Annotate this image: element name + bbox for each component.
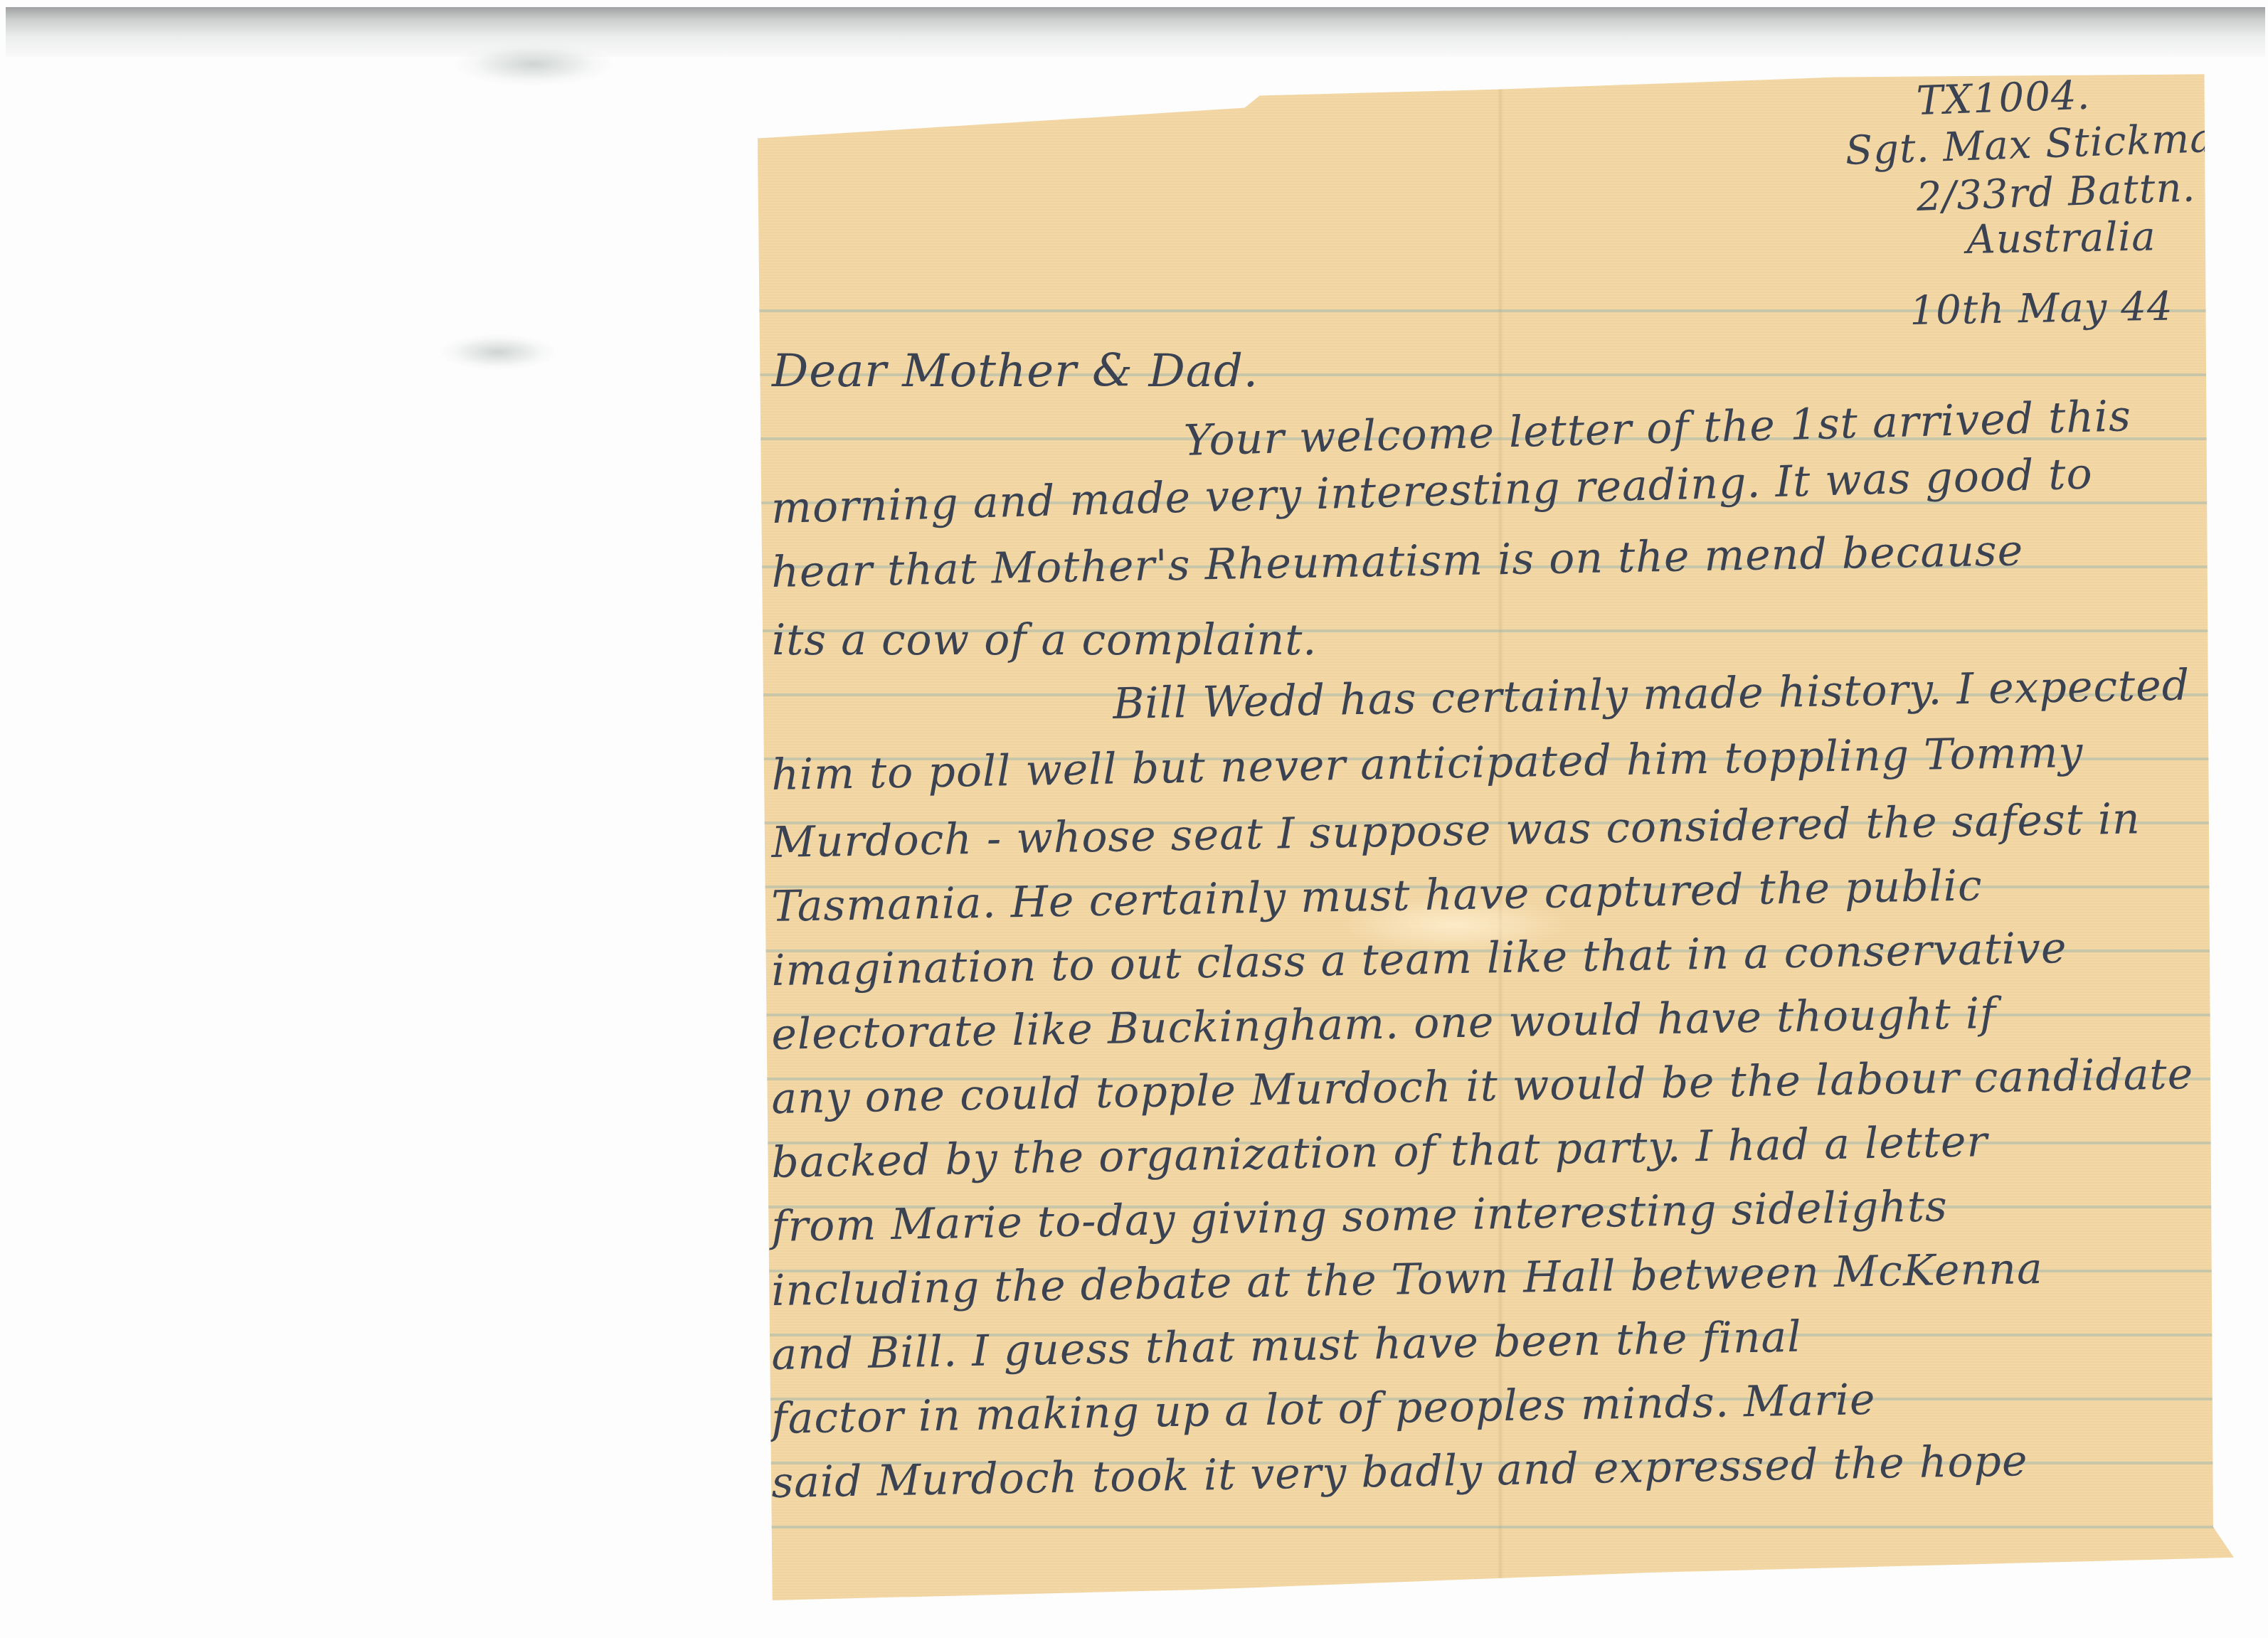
scanner-lid-shadow <box>6 7 2265 57</box>
ruled-line <box>758 1526 2234 1528</box>
letter-line: Bill Wedd has certainly made history. I … <box>1113 661 2190 729</box>
scan-smudge <box>455 43 612 85</box>
letter-line: factor in making up a lot of peoples min… <box>771 1375 1876 1444</box>
scan-smudge <box>441 334 555 370</box>
letter-line: said Murdoch took it very badly and expr… <box>771 1436 2028 1508</box>
letter-line: its a cow of a complaint. <box>772 615 1317 665</box>
letter-line: morning and made very interesting readin… <box>770 449 2093 533</box>
letter-line: backed by the organization of that party… <box>771 1117 1988 1188</box>
letter-page: TX1004. Sgt. Max Stickman 2/33rd Battn. … <box>758 71 2234 1600</box>
letter-line: including the debate at the Town Hall be… <box>771 1244 2043 1316</box>
letter-line: Tasmania. He certainly must have capture… <box>771 861 1983 932</box>
letter-date: 10th May 44 <box>1909 284 2173 334</box>
sender-country: Australia <box>1966 213 2156 263</box>
letter-line: from Marie to-day giving some interestin… <box>771 1181 1949 1252</box>
letter-line: imagination to out class a team like tha… <box>771 923 2067 996</box>
service-number: TX1004. <box>1916 73 2092 124</box>
letter-line: and Bill. I guess that must have been th… <box>771 1312 1802 1380</box>
salutation: Dear Mother & Dad. <box>772 345 1258 398</box>
letter-line: electorate like Buckingham. one would ha… <box>771 989 1997 1060</box>
letter-line: hear that Mother's Rheumatism is on the … <box>771 526 2024 597</box>
letter-line: any one could topple Murdoch it would be… <box>771 1049 2194 1124</box>
letter-line: him to poll well but never anticipated h… <box>771 728 2084 800</box>
letter-line: Murdoch - whose seat I suppose was consi… <box>771 794 2141 868</box>
